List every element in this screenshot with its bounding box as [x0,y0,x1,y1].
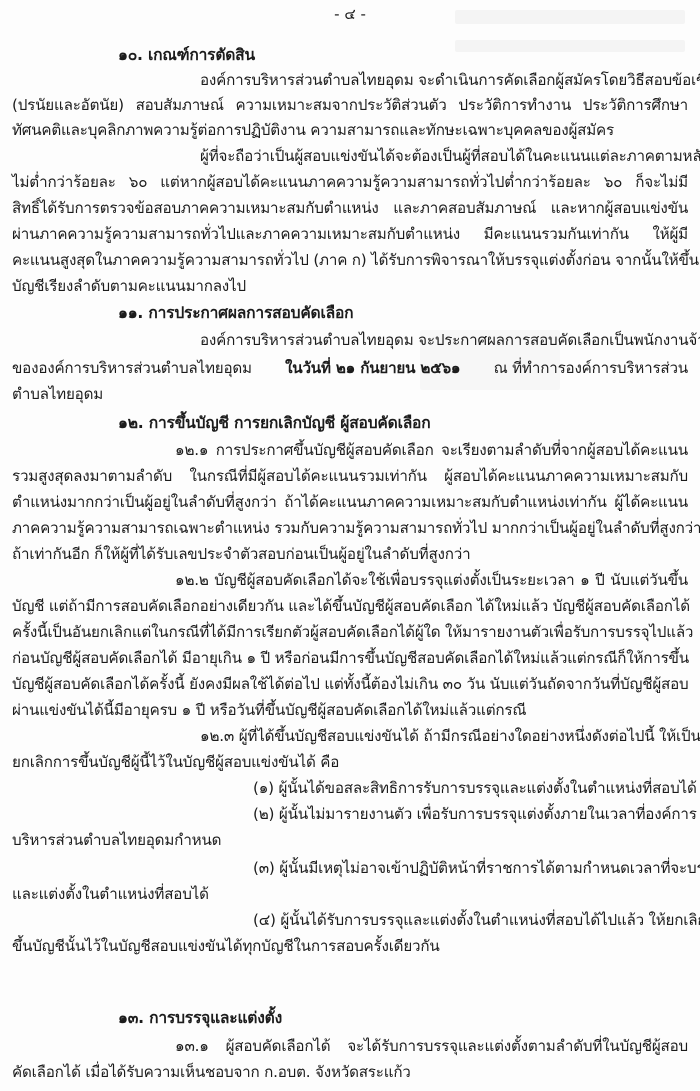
list-item-2-cont: บริหารส่วนตำบลไทยอุดมกำหนด [12,830,221,850]
subsection-12-1: ๑๒.๑ การประกาศขึ้นบัญชีผู้สอบคัดเลือก จะ… [175,440,688,460]
bleed-through-mark [455,40,685,52]
paragraph-line: ผู้ที่จะถือว่าเป็นผู้สอบแข่งขันได้จะต้อง… [200,146,688,166]
page-number: - ๔ - [0,2,700,26]
list-item-4: (๔) ผู้นั้นได้รับการบรรจุและแต่งตั้งในตำ… [253,910,688,930]
paragraph-line: บัญชีเรียงลำดับตามคะแนนมากลงไป [12,276,246,296]
paragraph-line: บัญชี แต่ถ้ามีการสอบคัดเลือกอย่างเดียวกั… [12,596,688,616]
section-heading-12: ๑๒. การขึ้นบัญชี การยกเลิกบัญชี ผู้สอบคั… [118,413,430,433]
list-item-2: (๒) ผู้นั้นไม่มารายงานตัว เพื่อรับการบรร… [253,804,688,824]
announcement-date: ในวันที่ ๒๑ กันยายน ๒๕๖๑ [285,358,460,378]
paragraph-line: ตำแหน่งมากกว่าเป็นผู้อยู่ในลำดับที่สูงกว… [12,492,688,512]
paragraph-line-with-date: ขององค์การบริหารส่วนตำบลไทยอุดม ในวันที่… [12,358,688,378]
paragraph-line: องค์การบริหารส่วนตำบลไทยอุดม จะดำเนินการ… [200,70,688,90]
subsection-12-2: ๑๒.๒ บัญชีผู้สอบคัดเลือกได้จะใช้เพื่อบรร… [175,570,688,590]
paragraph-line: คัดเลือกได้ เมื่อได้รับความเห็นชอบจาก ก.… [12,1062,411,1082]
paragraph-line: ครั้งนี้เป็นอันยกเลิกแต่ในกรณีที่ได้มีกา… [12,622,688,642]
list-item-4-cont: ขึ้นบัญชีนั้นไว้ในบัญชีสอบแข่งขันได้ทุกบ… [12,936,440,956]
paragraph-line: ไม่ต่ำกว่าร้อยละ ๖๐ แต่หากผู้สอบได้คะแนน… [12,172,688,192]
location-text: ณ ที่ทำการองค์การบริหารส่วน [494,358,688,378]
paragraph-line: องค์การบริหารส่วนตำบลไทยอุดม จะประกาศผลก… [200,330,688,350]
section-heading-10: ๑๐. เกณฑ์การตัดสิน [118,45,255,65]
paragraph-line: สิทธิ์ได้รับการตรวจข้อสอบภาคความเหมาะสมก… [12,198,688,218]
paragraph-line: ตำบลไทยอุดม [12,384,103,404]
section-heading-13: ๑๓. การบรรจุและแต่งตั้ง [118,1008,282,1028]
paragraph-line: ถ้าเท่ากันอีก ก็ให้ผู้ที่ได้รับเลขประจำต… [12,544,470,564]
list-item-3-cont: และแต่งตั้งในตำแหน่งที่สอบได้ [12,884,209,904]
paragraph-line: ก่อนบัญชีผู้สอบคัดเลือกได้ มีอายุเกิน ๑ … [12,648,688,668]
paragraph-line: ผ่านภาคความรู้ความสามารถทั่วไปและภาคความ… [12,224,688,244]
paragraph-line: ภาคความรู้ความสามารถเฉพาะตำแหน่ง รวมกับค… [12,518,688,538]
paragraph-line: ผ่านแข่งขันได้นี้มีอายุครบ ๑ ปี หรือวันท… [12,700,526,720]
org-name-text: ขององค์การบริหารส่วนตำบลไทยอุดม [12,358,252,378]
document-page: - ๔ - ๑๐. เกณฑ์การตัดสิน องค์การบริหารส่… [0,0,700,1091]
subsection-12-3: ๑๒.๓ ผู้ที่ได้ขึ้นบัญชีสอบแข่งขันได้ ถ้า… [200,726,688,746]
paragraph-line: คะแนนสูงสุดในภาคความรู้ความสามารถทั่วไป … [12,250,688,270]
list-item-1: (๑) ผู้นั้นได้ขอสละสิทธิการรับการบรรจุแล… [253,778,697,798]
section-heading-11: ๑๑. การประกาศผลการสอบคัดเลือก [118,303,353,323]
subsection-13-1: ๑๓.๑ ผู้สอบคัดเลือกได้ จะได้รับการบรรจุแ… [175,1036,688,1056]
paragraph-line: ทัศนคติและบุคลิกภาพความรู้ต่อการปฏิบัติง… [12,120,614,140]
paragraph-line: ยกเลิกการขึ้นบัญชีผู้นี้ไว้ในบัญชีผู้สอบ… [12,752,339,772]
paragraph-line: รวมสูงสุดลงมาตามลำดับ ในกรณีที่มีผู้สอบไ… [12,466,688,486]
paragraph-line: (ปรนัยและอัตนัย) สอบสัมภาษณ์ ความเหมาะสม… [12,95,688,115]
paragraph-line: บัญชีผู้สอบคัดเลือกได้ครั้งนี้ ยังคงมีผล… [12,674,688,694]
list-item-3: (๓) ผู้นั้นมีเหตุไม่อาจเข้าปฏิบัติหน้าที… [253,858,688,878]
